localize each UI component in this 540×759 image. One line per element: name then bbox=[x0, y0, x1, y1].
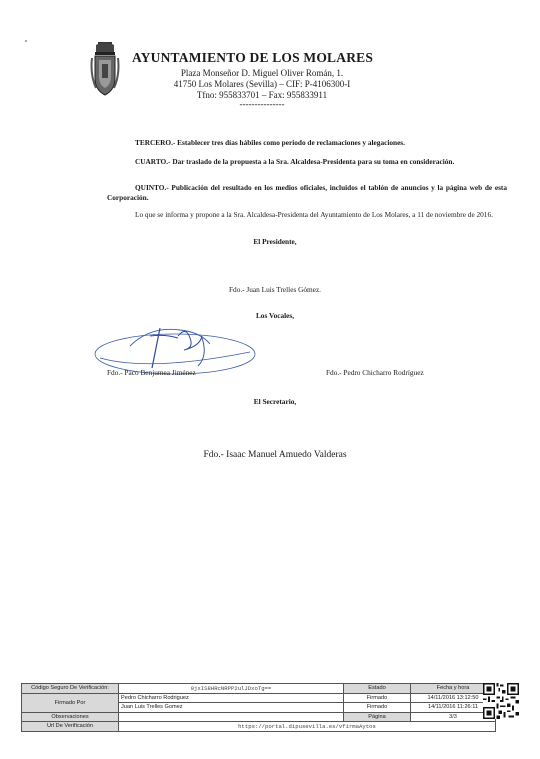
header-separator: --------------- bbox=[132, 99, 392, 110]
state-header: Estado bbox=[344, 684, 411, 694]
table-row: Url De Verificación https://portal.dipus… bbox=[22, 722, 496, 732]
paragraph-cuarto: CUARTO.- Dar traslado de la propuesta a … bbox=[107, 157, 507, 167]
page-label: Página bbox=[344, 712, 411, 722]
url-label: Url De Verificación bbox=[22, 722, 119, 732]
table-row: Código Seguro De Verificación: 0jxIS8HRc… bbox=[22, 684, 496, 694]
signer-state: Firmado bbox=[344, 703, 411, 713]
organization-name: AYUNTAMIENTO DE LOS MOLARES bbox=[132, 50, 373, 66]
table-row: Firmado Por Pedro Chicharro Rodriguez Fi… bbox=[22, 693, 496, 703]
signature-verification-table: Código Seguro De Verificación: 0jxIS8HRc… bbox=[21, 683, 496, 732]
secretary-signature-name: Fdo.- Isaac Manuel Amuedo Valderas bbox=[150, 450, 400, 460]
signer-name: Juan Luis Trelles Gomez bbox=[119, 703, 344, 713]
vocal-2-signature-name: Fdo.- Pedro Chicharro Rodríguez bbox=[326, 368, 424, 377]
signer-state: Firmado bbox=[344, 693, 411, 703]
address-line-1: Plaza Monseñor D. Miguel Oliver Román, 1… bbox=[132, 68, 392, 79]
address-line-2: 41750 Los Molares (Sevilla) – CIF: P-410… bbox=[132, 79, 392, 90]
president-signature-name: Fdo.- Juan Luis Trelles Gómez. bbox=[180, 285, 370, 294]
qr-code-icon bbox=[483, 683, 519, 719]
secretary-title: El Secretario, bbox=[200, 397, 350, 406]
paragraph-tercero: TERCERO.- Establecer tres días hábiles c… bbox=[107, 138, 507, 148]
president-title: El Presidente, bbox=[200, 237, 350, 246]
paragraph-quinto: QUINTO.- Publicación del resultado en lo… bbox=[107, 183, 507, 203]
table-row: Observaciones Página 3/3 bbox=[22, 712, 496, 722]
observations-value bbox=[119, 712, 344, 722]
coat-of-arms-icon bbox=[90, 40, 120, 98]
signed-by-label: Firmado Por bbox=[22, 693, 119, 712]
closing-paragraph: Lo que se informa y propone a la Sra. Al… bbox=[107, 210, 507, 220]
verification-url[interactable]: https://portal.dipusevilla.es/vfirmaAyto… bbox=[119, 722, 496, 732]
scan-speck bbox=[25, 40, 27, 42]
csv-value: 0jxIS8HRcNRPP2ulJDxoTg== bbox=[119, 684, 344, 694]
observations-label: Observaciones bbox=[22, 712, 119, 722]
csv-label: Código Seguro De Verificación: bbox=[22, 684, 119, 694]
signer-name: Pedro Chicharro Rodriguez bbox=[119, 693, 344, 703]
vocal-1-signature-name: Fdo.- Paco Benjumea Jiménez bbox=[107, 368, 196, 377]
